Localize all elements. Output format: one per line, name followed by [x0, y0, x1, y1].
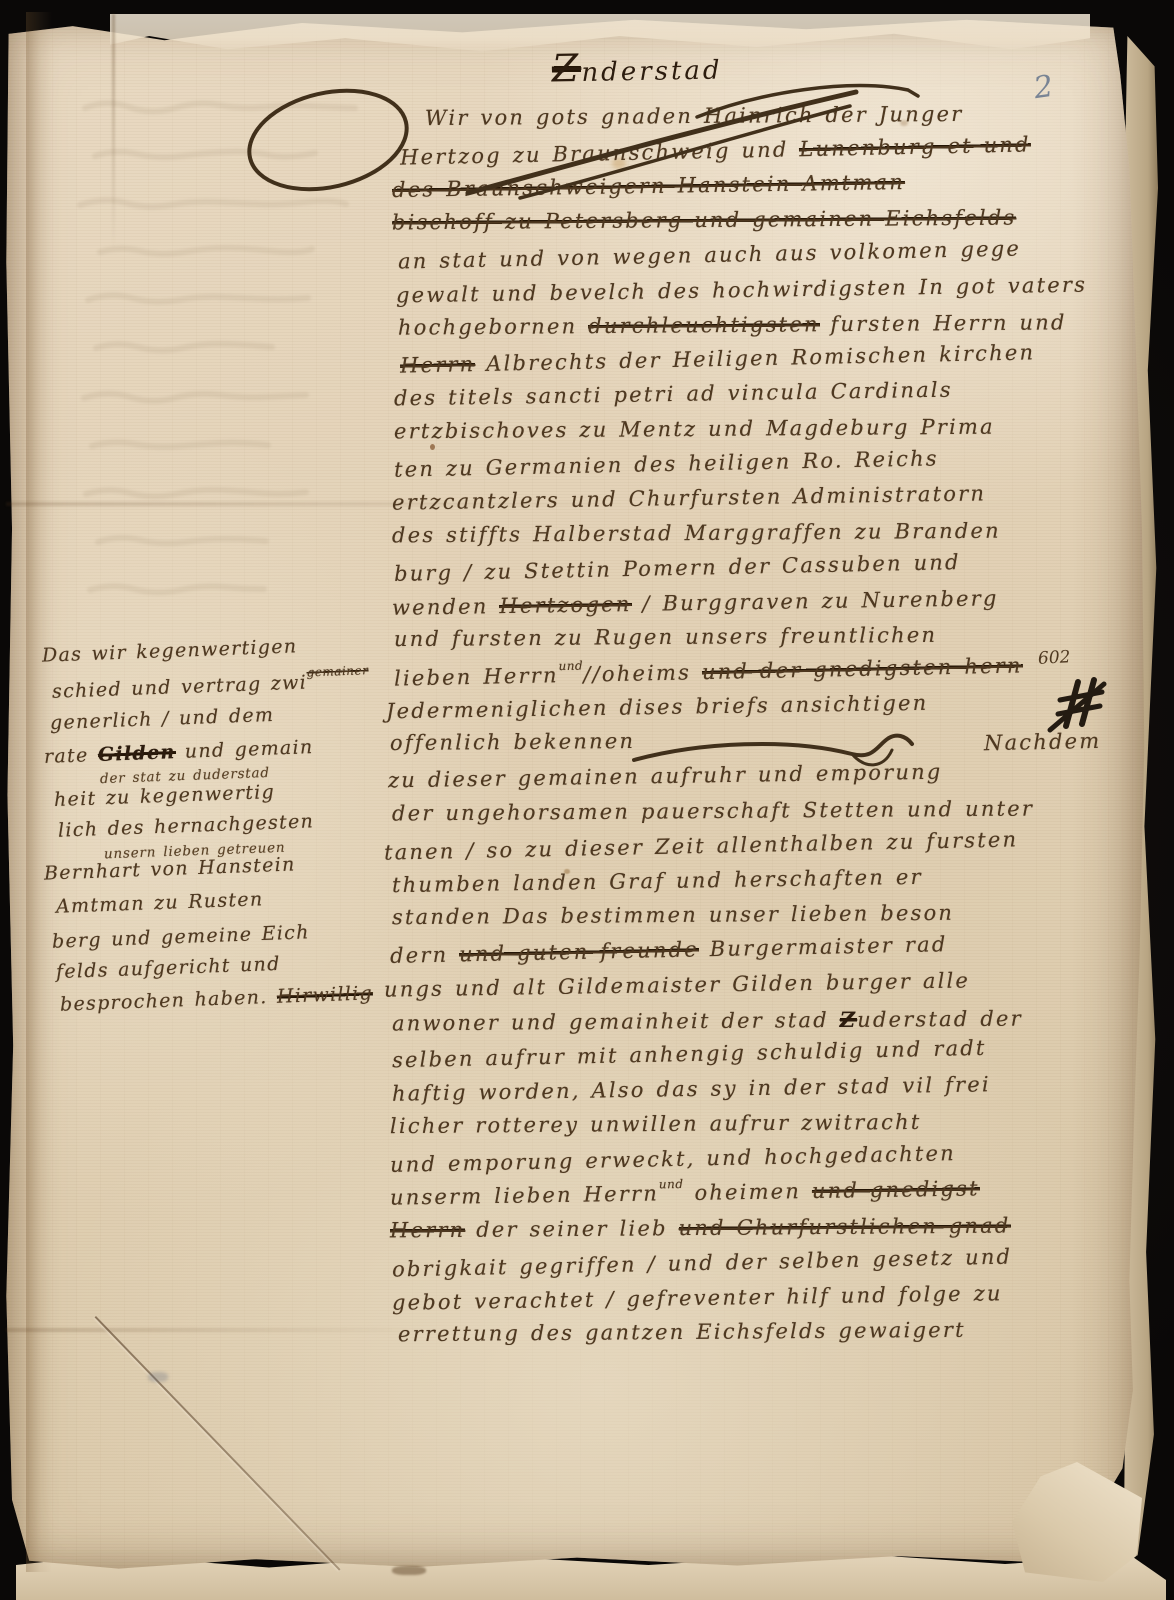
manuscript-line: an stat und von wegen auch aus volkomen … [398, 238, 1021, 272]
manuscript-line: des Braunschweigern Hanstein Amtman [392, 172, 905, 201]
manuscript-line: des stiffts Halberstad Marggraffen zu Br… [392, 521, 1001, 547]
text-segment: nderstad [581, 56, 723, 88]
text-segment: Nachdem [984, 729, 1102, 755]
text-segment: hochgebornen [398, 314, 588, 339]
text-segment: ertzcantzlers und Churfursten Administra… [392, 481, 986, 514]
text-segment: lieben Herrn [394, 663, 559, 690]
handwritten-ink-layer: Znderstad 2 602 Wir von gots gnaden Hain… [0, 0, 1174, 1600]
manuscript-line: Wir von gots gnaden Hainrich der Junger [425, 104, 964, 129]
struck-text: gemainer [306, 664, 368, 678]
text-segment: zu dieser gemainen aufruhr und emporung [388, 760, 943, 793]
manuscript-line: Nachdem [984, 731, 1102, 754]
struck-text: Z [552, 46, 582, 91]
text-segment: lich des hernachgesten [58, 810, 315, 841]
manuscript-line: tanen / so zu dieser Zeit allenthalben z… [384, 829, 1019, 863]
struck-text: des Braunschweigern Hanstein Amtman [392, 170, 905, 202]
manuscript-line: heit zu kegenwertig [54, 783, 276, 810]
scan-background: Znderstad 2 602 Wir von gots gnaden Hain… [0, 0, 1174, 1600]
text-segment: tanen / so zu dieser Zeit allenthalben z… [384, 827, 1019, 864]
text-segment: ungs und alt Gildemaister Gilden burger … [384, 968, 970, 1001]
manuscript-line: gebot verachtet / gefreventer hilf und f… [392, 1283, 1003, 1314]
manuscript-line: bischoff zu Petersberg und gemainen Eich… [392, 208, 1017, 234]
manuscript-line: thumben landen Graf und herschaften er [392, 867, 923, 896]
struck-text: Hirwillig [276, 982, 373, 1008]
struck-text: Z [840, 1007, 858, 1032]
manuscript-line: ertzbischoves zu Mentz und Magdeburg Pri… [394, 417, 995, 443]
manuscript-line: lieben Herrnund//oheims und der gnedigst… [394, 655, 1023, 689]
text-segment: und [659, 1178, 684, 1190]
manuscript-line: Jedermeniglichen dises briefs ansichtige… [386, 693, 929, 723]
struck-text: Gilden [97, 741, 175, 766]
manuscript-line: Bernhart von Hanstein [44, 855, 296, 883]
marginal-number-602: 602 [1037, 647, 1070, 669]
text-segment: des titels sancti petri ad vincula Cardi… [394, 378, 953, 411]
text-segment: an stat und von wegen auch aus volkomen … [398, 236, 1021, 273]
struck-text: Hertzogen [499, 592, 631, 618]
text-segment: anwoner und gemainheit der stad [392, 1008, 840, 1036]
text-segment: und gemain [175, 736, 314, 763]
text-segment: Burgermaister rad [699, 932, 948, 961]
manuscript-line: generlich / und dem [50, 706, 275, 733]
text-segment: oheimen [683, 1179, 812, 1205]
text-segment: dern [390, 942, 460, 967]
manuscript-line: errettung des gantzen Eichsfelds gewaige… [398, 1320, 966, 1345]
text-segment: besprochen haben. [60, 986, 278, 1016]
text-segment: fursten Herrn und [820, 310, 1067, 336]
manuscript-line: obrigkait gegriffen / und der selben ges… [392, 1247, 1013, 1281]
manuscript-line: offenlich bekennen [390, 731, 635, 754]
manuscript-line: ertzcantzlers und Churfursten Administra… [392, 483, 986, 513]
text-segment: wenden [392, 594, 500, 620]
manuscript-line: burg / zu Stettin Pomern der Cassuben un… [394, 552, 961, 585]
manuscript-line: selben aufrur mit anhengig schuldig und … [392, 1038, 987, 1071]
manuscript-line: wenden Hertzogen / Burggraven zu Nurenbe… [392, 588, 999, 619]
text-segment: Wir von gots gnaden Hainrich der Junger [425, 102, 964, 130]
manuscript-line: felds aufgericht und [56, 955, 281, 982]
manuscript-line: Hertzog zu Braunschweig und Lunenburg et… [400, 134, 1031, 168]
text-segment: des stiffts Halberstad Marggraffen zu Br… [392, 519, 1001, 548]
text-segment: felds aufgericht und [56, 953, 281, 983]
struck-text: und gnedigst [812, 1176, 980, 1203]
text-segment: und [558, 660, 583, 673]
struck-text: Herrn [390, 1218, 466, 1243]
manuscript-line: und fursten zu Rugen unsers freuntlichen [394, 625, 937, 650]
manuscript-line: zu dieser gemainen aufruhr und emporung [388, 762, 943, 792]
text-segment: und fursten zu Rugen unsers freuntlichen [394, 623, 937, 651]
text-segment: der seiner lieb [465, 1216, 678, 1242]
page-heading: Znderstad [552, 55, 723, 89]
manuscript-line: dern und guten freunde Burgermaister rad [390, 934, 948, 967]
manuscript-line: hochgebornen durchleuchtigsten fursten H… [398, 312, 1067, 338]
text-segment: schied und vertrag zwi [52, 671, 308, 702]
text-segment: burg / zu Stettin Pomern der Cassuben un… [394, 550, 961, 586]
struck-text: bischoff zu Petersberg und gemainen Eich… [392, 206, 1017, 235]
text-segment: Das wir kegenwertigen [42, 635, 298, 666]
text-segment: errettung des gantzen Eichsfelds gewaige… [398, 1318, 966, 1346]
struck-text: Lunenburg et und [799, 132, 1031, 161]
text-segment: / Burggraven zu Nurenberg [631, 586, 998, 616]
struck-text: Herrn [400, 352, 476, 378]
manuscript-line: standen Das bestimmen unser lieben beson [392, 903, 954, 928]
text-segment: Albrechts der Heiligen Romischen kirchen [475, 340, 1035, 376]
text-segment: licher rotterey unwillen aufrur zwitrach… [390, 1110, 922, 1138]
text-segment: ten zu Germanien des heiligen Ro. Reichs [394, 446, 939, 481]
struck-text: und der gnedigsten hern [702, 653, 1023, 684]
text-segment: gewalt und bevelch des hochwirdigsten In… [396, 273, 1087, 308]
manuscript-line: haftig worden, Also das sy in der stad v… [392, 1074, 991, 1104]
manuscript-line: gewalt und bevelch des hochwirdigsten In… [396, 275, 1087, 307]
manuscript-line: besprochen haben. Hirwillig [60, 984, 374, 1014]
text-segment: //oheims [583, 660, 702, 686]
struck-text: und Churfurstlichen gnad [678, 1214, 1010, 1241]
text-segment: thumben landen Graf und herschaften er [392, 865, 923, 897]
text-segment: selben aufrur mit anhengig schuldig und … [392, 1036, 987, 1072]
text-segment: Jedermeniglichen dises briefs ansichtige… [386, 691, 929, 724]
struck-text: und guten freunde [459, 937, 699, 966]
manuscript-line: Herrn der seiner lieb und Churfurstliche… [390, 1216, 1011, 1242]
text-segment: Bernhart von Hanstein [44, 853, 296, 884]
manuscript-line: des titels sancti petri ad vincula Cardi… [394, 380, 953, 410]
text-segment: rate [44, 744, 99, 768]
text-segment: und emporung erweckt, und hochgedachten [390, 1141, 956, 1177]
text-segment: Amtman zu Rusten [56, 888, 264, 918]
text-segment: generlich / und dem [50, 704, 275, 734]
manuscript-line: berg und gemeine Eich [52, 923, 310, 951]
manuscript-line: Das wir kegenwertigen [42, 637, 298, 665]
struck-text: durchleuchtigsten [588, 312, 820, 338]
text-segment: haftig worden, Also das sy in der stad v… [392, 1072, 991, 1105]
manuscript-line: und emporung erweckt, und hochgedachten [390, 1143, 956, 1176]
manuscript-line: licher rotterey unwillen aufrur zwitrach… [390, 1112, 922, 1137]
manuscript-line: ungs und alt Gildemaister Gilden burger … [384, 970, 970, 1000]
text-segment: obrigkait gegriffen / und der selben ges… [392, 1245, 1013, 1282]
text-segment: offenlich bekennen [390, 729, 635, 755]
text-segment: Hertzog zu Braunschweig und [400, 137, 800, 169]
manuscript-line: anwoner und gemainheit der stad Zudersta… [392, 1008, 1023, 1035]
manuscript-line: lich des hernachgesten [58, 812, 315, 840]
text-segment: berg und gemeine Eich [52, 921, 310, 952]
manuscript-line: ten zu Germanien des heiligen Ro. Reichs [394, 448, 939, 480]
manuscript-line: Herrn Albrechts der Heiligen Romischen k… [400, 342, 1036, 376]
manuscript-line: unserm lieben Herrnund oheimen und gnedi… [390, 1178, 980, 1208]
manuscript-line: schied und vertrag zwigemainer [52, 671, 369, 702]
text-segment: unserm lieben Herrn [390, 1181, 659, 1209]
text-segment: der ungehorsamen pauerschaft Stetten und… [392, 796, 1034, 825]
text-segment: ertzbischoves zu Mentz und Magdeburg Pri… [394, 415, 995, 444]
text-segment: standen Das bestimmen unser lieben beson [392, 901, 954, 929]
manuscript-line: Amtman zu Rusten [56, 890, 264, 917]
manuscript-line: rate Gilden und gemain [44, 738, 314, 767]
folio-number: 2 [1032, 69, 1056, 106]
manuscript-line: der ungehorsamen pauerschaft Stetten und… [392, 798, 1034, 824]
text-segment: uderstad der [857, 1007, 1023, 1032]
text-segment: heit zu kegenwertig [54, 781, 276, 811]
text-segment: gebot verachtet / gefreventer hilf und f… [392, 1281, 1003, 1315]
